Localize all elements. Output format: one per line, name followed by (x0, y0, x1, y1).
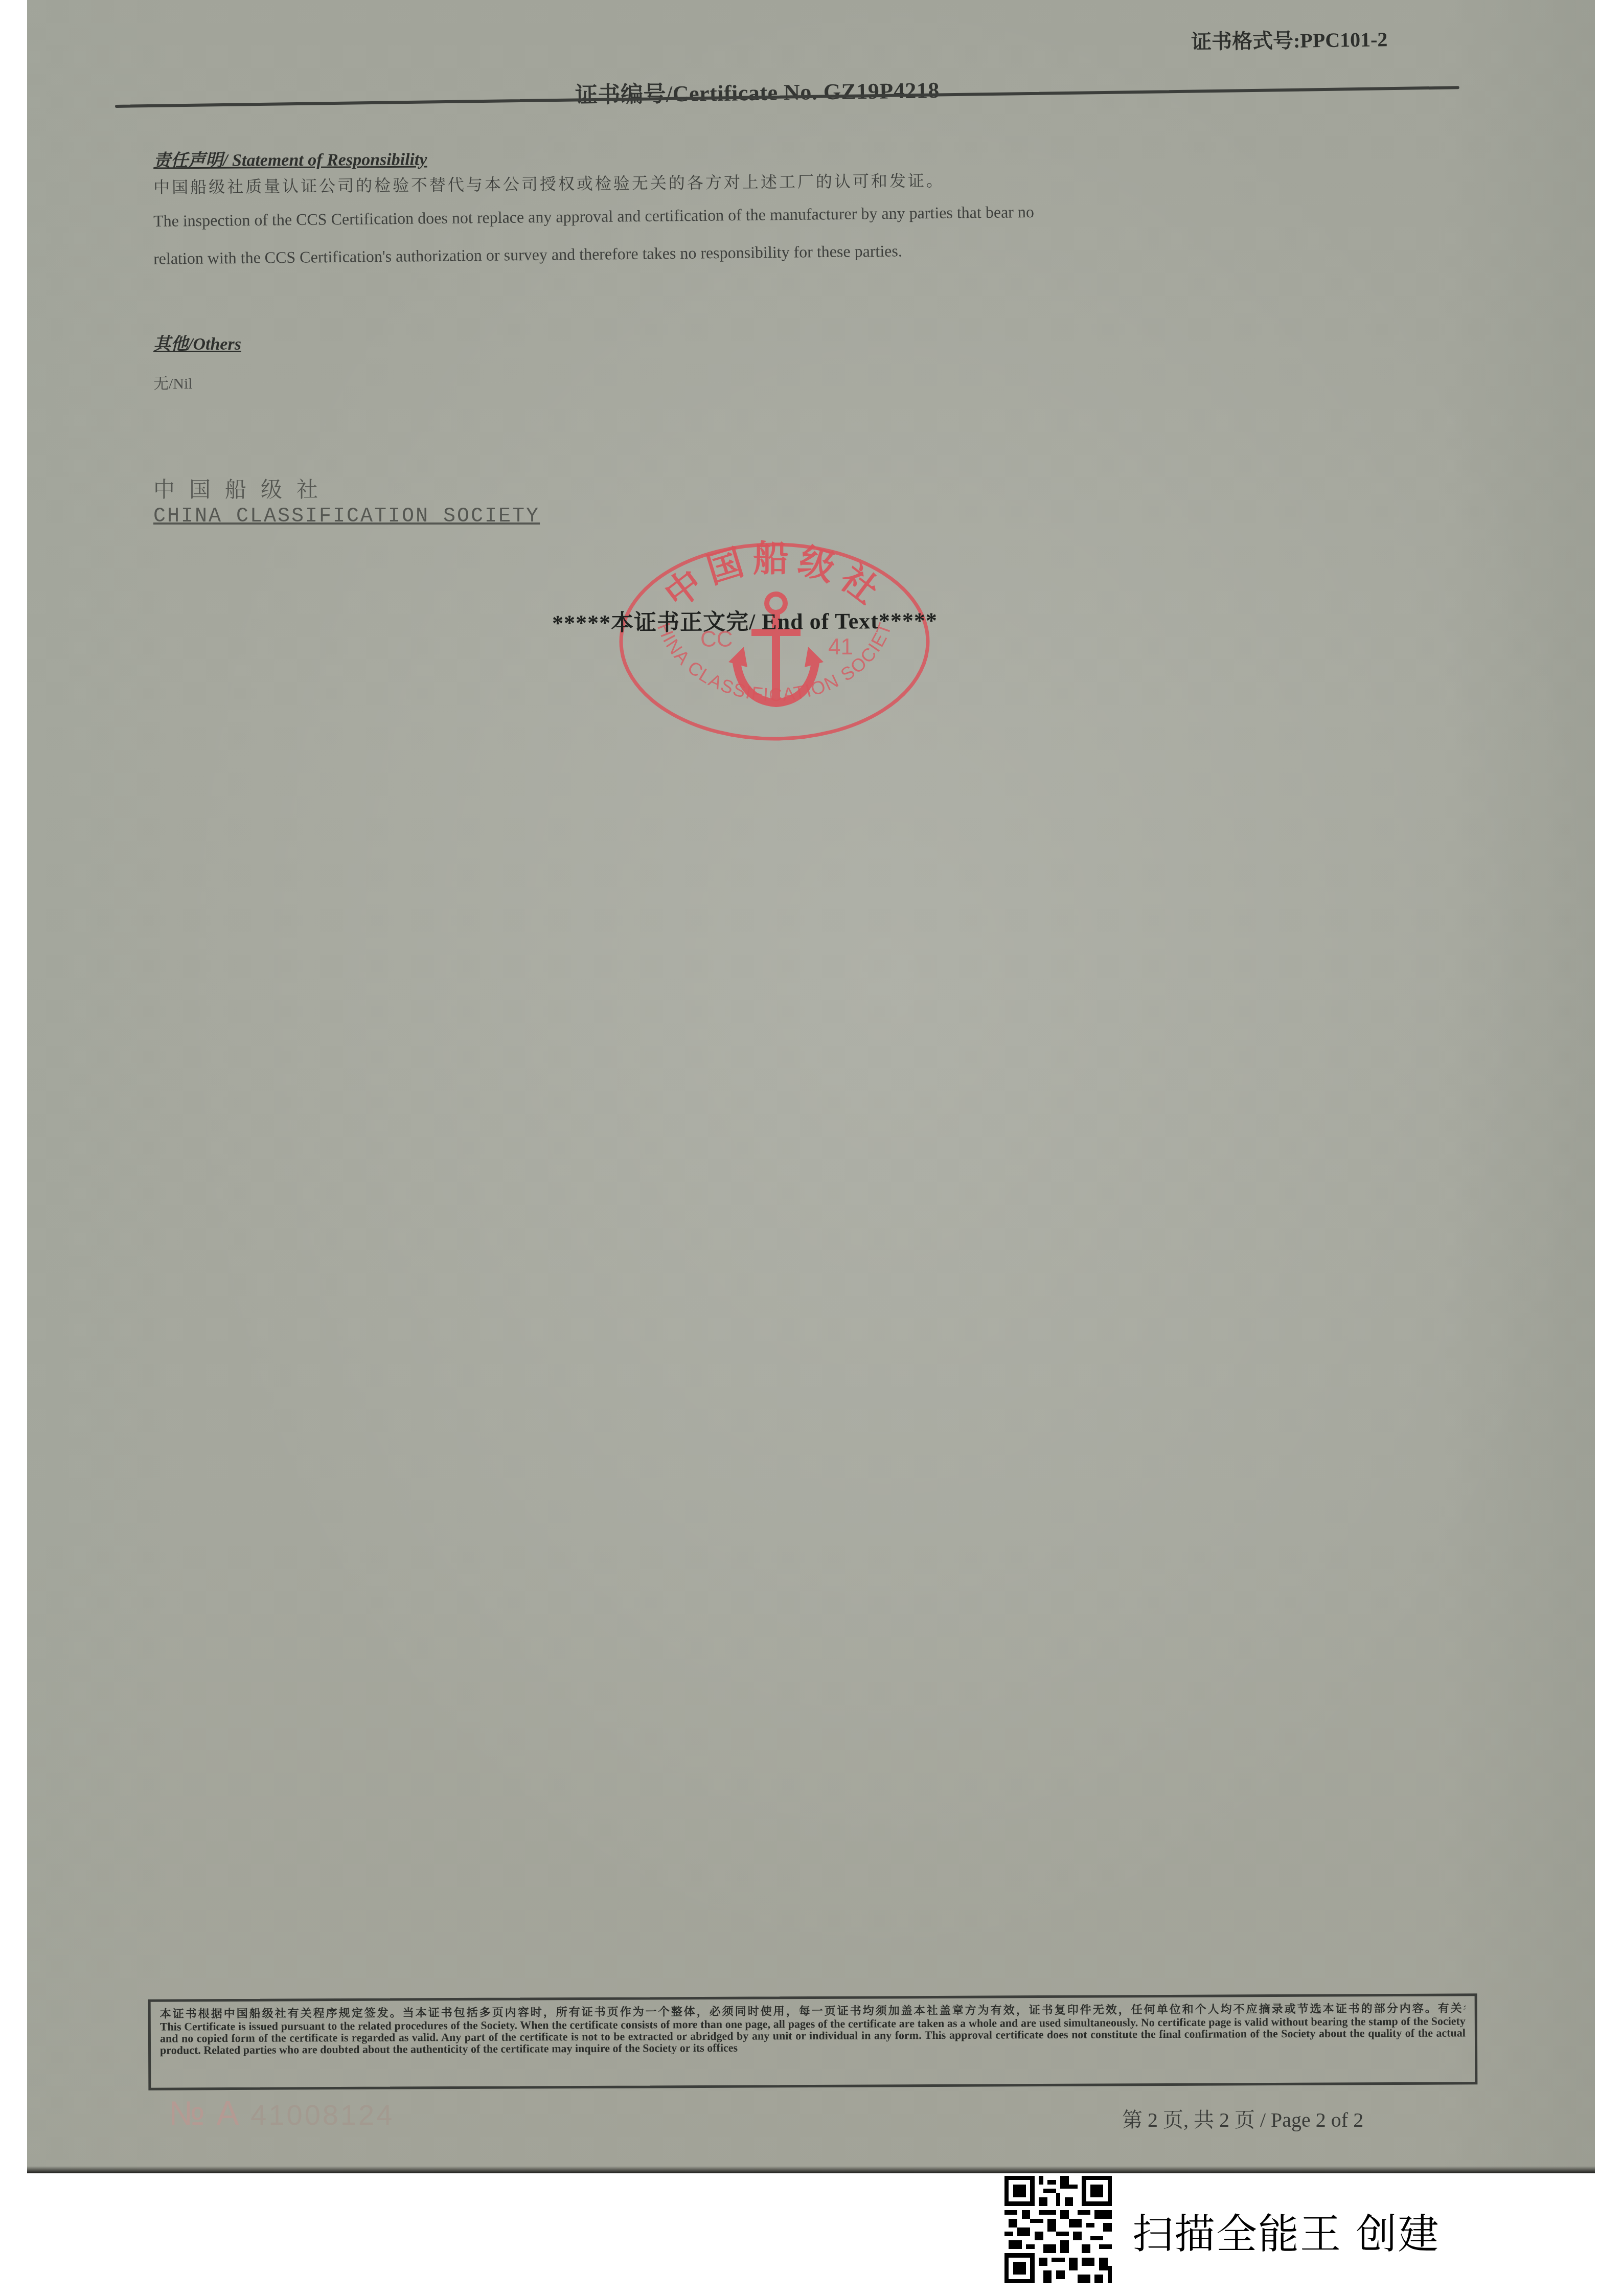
statement-text-en-line1: The inspection of the CCS Certification … (153, 202, 1034, 231)
certificate-format-number: 证书格式号:PPC101-2 (1191, 23, 1388, 55)
others-title: 其他/Others (153, 330, 241, 355)
certificate-number: 证书编号/Certificate No. GZ19P4218 (575, 72, 940, 109)
validity-notice-box: 本证书根据中国船级社有关程序规定签发。当本证书包括多页内容时，所有证书页作为一个… (148, 1993, 1478, 2090)
page-indicator: 第 2 页, 共 2 页 / Page 2 of 2 (1122, 2104, 1363, 2133)
lighting-shade (27, 0, 1595, 2173)
photographed-certificate-page: 证书格式号:PPC101-2 证书编号/Certificate No. GZ19… (27, 0, 1595, 2173)
statement-text-cn: 中国船级社质量认证公司的检验不替代与本公司授权或检验无关的各方对上述工厂的认可和… (153, 168, 945, 198)
others-value: 无/Nil (153, 371, 193, 393)
issuer-name-en: CHINA CLASSIFICATION SOCIETY (153, 505, 540, 528)
issuer-name-cn: 中国船级社 (153, 473, 332, 504)
serial-number: 41008124 (250, 2099, 394, 2131)
serial-prefix: № A (169, 2094, 239, 2132)
statement-text-en-line2: relation with the CCS Certification's au… (153, 241, 902, 268)
notice-text-en: This Certificate is issued pursuant to t… (160, 2015, 1466, 2056)
statement-of-responsibility-title: 责任声明/ Statement of Responsibility (153, 145, 427, 172)
stamp-right-mark: 41 (828, 634, 853, 660)
qr-code-icon (1004, 2175, 1112, 2284)
certificate-serial-number: № A 41008124 (169, 2094, 394, 2132)
end-of-text-marker: *****本证书正文完/ End of Text***** (552, 602, 938, 637)
scanner-app-watermark: 扫描全能王 创建 (1132, 2201, 1440, 2260)
